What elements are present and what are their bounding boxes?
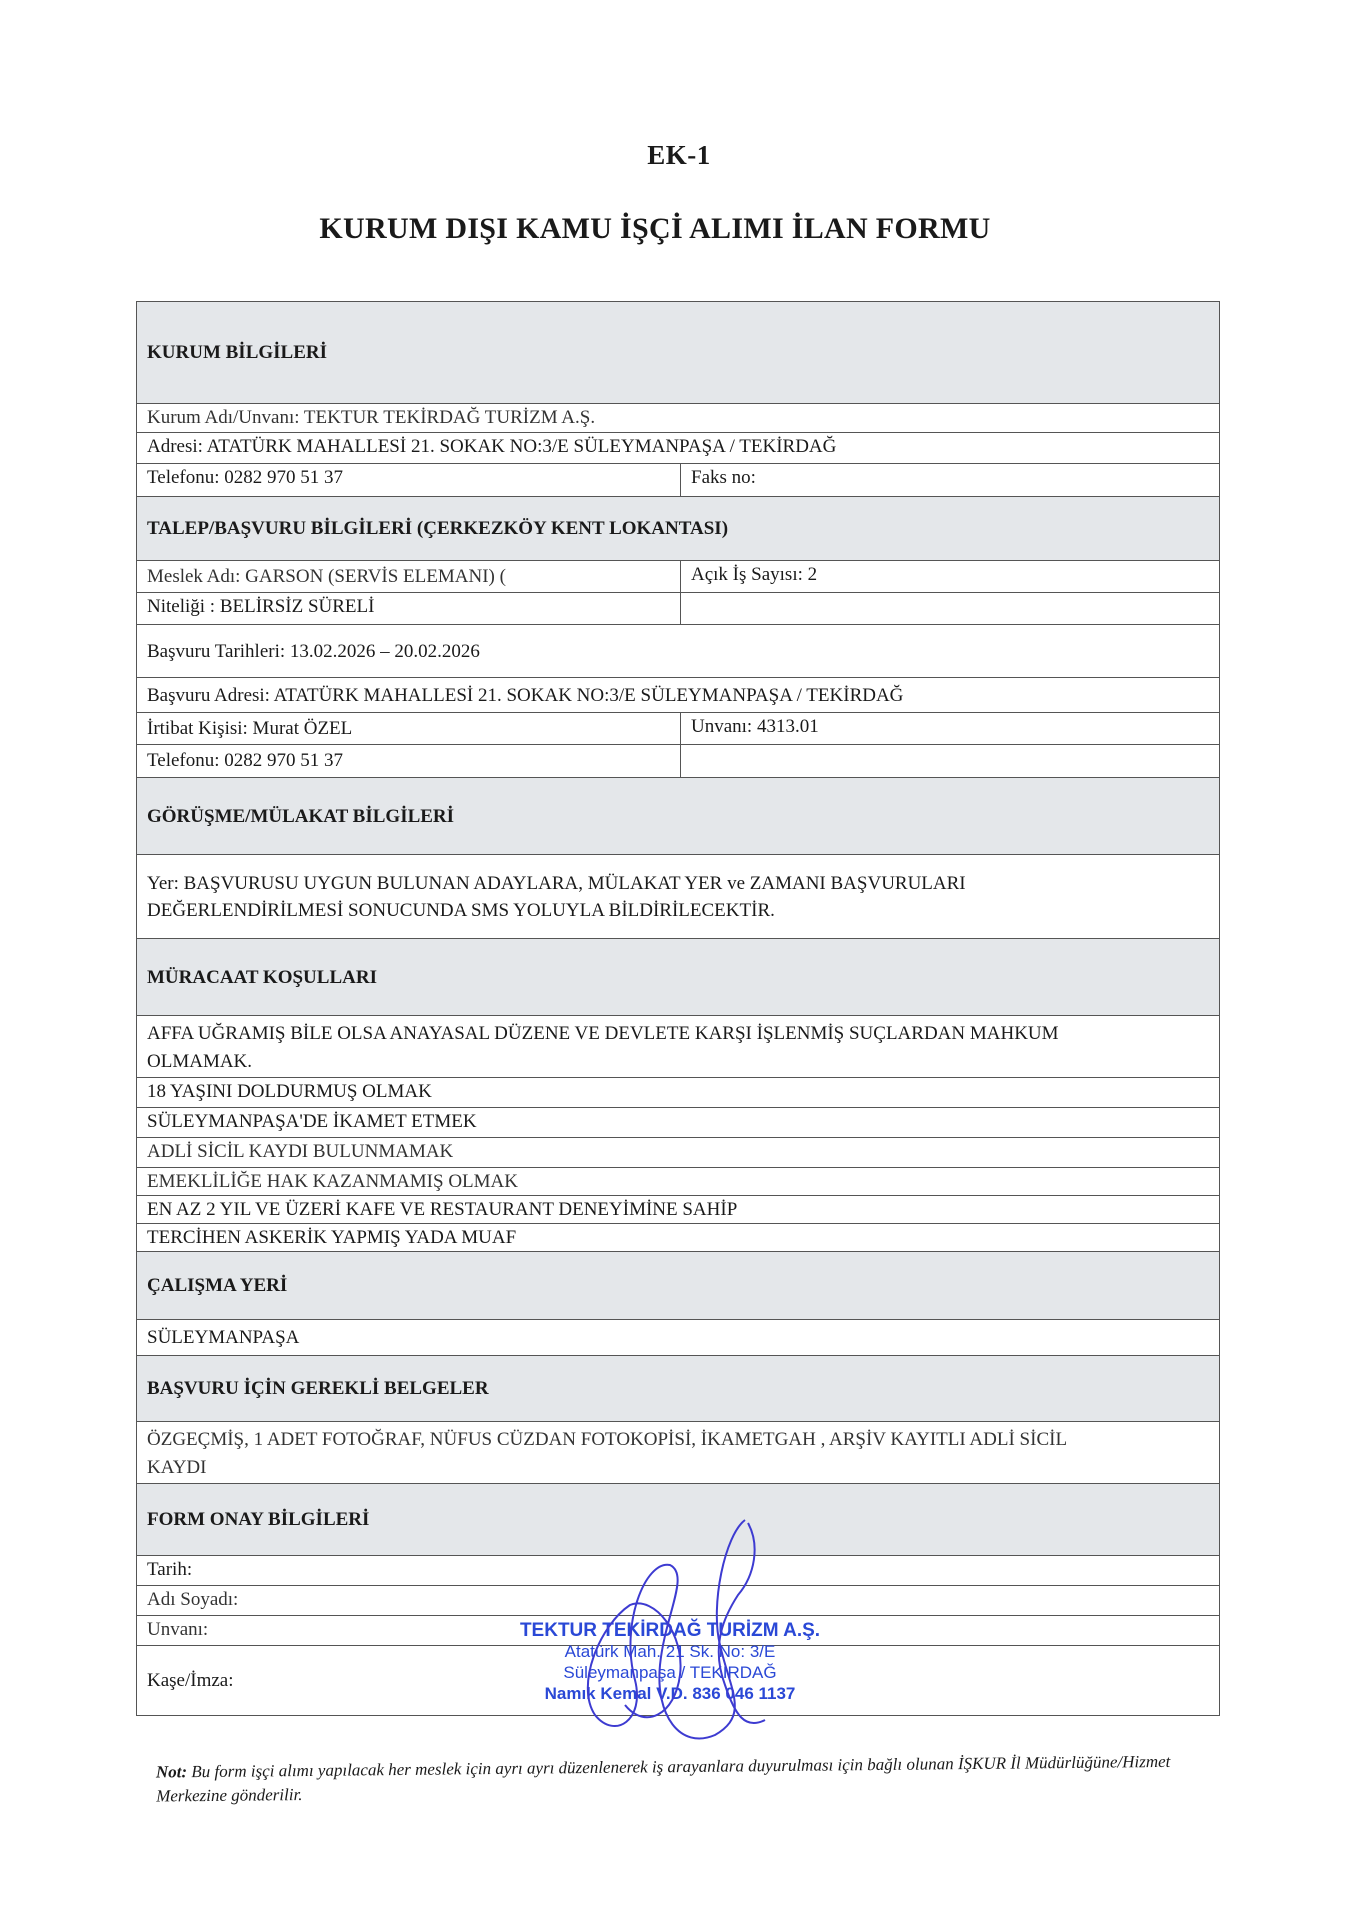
contact-phone-field: Telefonu: 0282 970 51 37 (137, 745, 681, 777)
field-row: İrtibat Kişisi: Murat ÖZEL Unvanı: 4313.… (137, 713, 1219, 745)
field-row: Adresi: ATATÜRK MAHALLESİ 21. SOKAK NO:3… (137, 433, 1219, 464)
condition-text: ADLİ SİCİL KAYDI BULUNMAMAK (137, 1138, 1219, 1167)
condition-text: TERCİHEN ASKERİK YAPMIŞ YADA MUAF (137, 1224, 1219, 1251)
annex-label: EK-1 (0, 140, 1358, 171)
section-title: BAŞVURU İÇİN GEREKLİ BELGELER (137, 1372, 1219, 1405)
document-title: KURUM DIŞI KAMU İŞÇİ ALIMI İLAN FORMU (0, 212, 1310, 246)
empty-cell (681, 745, 1219, 777)
interview-location-line2: DEĞERLENDİRİLMESİ SONUCUNDA SMS YOLUYLA … (147, 897, 1209, 924)
section-header-kurum: KURUM BİLGİLERİ (137, 302, 1219, 404)
job-posting-form: KURUM BİLGİLERİ Kurum Adı/Unvanı: TEKTUR… (136, 301, 1220, 1716)
field-row: Başvuru Tarihleri: 13.02.2026 – 20.02.20… (137, 625, 1219, 678)
occupation-field: Meslek Adı: GARSON (SERVİS ELEMANI) ( (137, 561, 681, 592)
section-header-muracaat: MÜRACAAT KOŞULLARI (137, 939, 1219, 1016)
condition-item: TERCİHEN ASKERİK YAPMIŞ YADA MUAF (137, 1224, 1219, 1252)
field-row: Başvuru Adresi: ATATÜRK MAHALLESİ 21. SO… (137, 678, 1219, 713)
institution-address-field: Adresi: ATATÜRK MAHALLESİ 21. SOKAK NO:3… (137, 433, 1219, 463)
field-row: ÖZGEÇMİŞ, 1 ADET FOTOĞRAF, NÜFUS CÜZDAN … (137, 1422, 1219, 1484)
contact-person-field: İrtibat Kişisi: Murat ÖZEL (137, 713, 681, 744)
application-address-field: Başvuru Adresi: ATATÜRK MAHALLESİ 21. SO… (137, 678, 1219, 712)
condition-text: EN AZ 2 YIL VE ÜZERİ KAFE VE RESTAURANT … (137, 1196, 1219, 1223)
note-text: Bu form işçi alımı yapılacak her meslek … (156, 1752, 1170, 1806)
section-header-gorusme: GÖRÜŞME/MÜLAKAT BİLGİLERİ (137, 778, 1219, 855)
note-label: Not: (156, 1762, 187, 1781)
required-documents-field: ÖZGEÇMİŞ, 1 ADET FOTOĞRAF, NÜFUS CÜZDAN … (137, 1422, 1219, 1483)
condition-item: 18 YAŞINI DOLDURMUŞ OLMAK (137, 1078, 1219, 1108)
field-row: Meslek Adı: GARSON (SERVİS ELEMANI) ( Aç… (137, 561, 1219, 593)
condition-item: EMEKLİLİĞE HAK KAZANMAMIŞ OLMAK (137, 1168, 1219, 1196)
footer-note: Not: Bu form işçi alımı yapılacak her me… (156, 1749, 1216, 1808)
interview-location-line1: Yer: BAŞVURUSU UYGUN BULUNAN ADAYLARA, M… (147, 870, 1209, 897)
condition-text: AFFA UĞRAMIŞ BİLE OLSA ANAYASAL DÜZENE V… (137, 1016, 1219, 1077)
work-location-field: SÜLEYMANPAŞA (137, 1320, 1219, 1355)
condition-text: EMEKLİLİĞE HAK KAZANMAMIŞ OLMAK (137, 1168, 1219, 1195)
condition-text: SÜLEYMANPAŞA'DE İKAMET ETMEK (137, 1108, 1219, 1137)
institution-fax-field: Faks no: (681, 464, 1219, 496)
open-positions-field: Açık İş Sayısı: 2 (681, 561, 1219, 592)
contact-title-field: Unvanı: 4313.01 (681, 713, 1219, 744)
field-row: Yer: BAŞVURUSU UYGUN BULUNAN ADAYLARA, M… (137, 855, 1219, 939)
section-header-belgeler: BAŞVURU İÇİN GEREKLİ BELGELER (137, 1356, 1219, 1422)
signature-icon (520, 1515, 820, 1750)
condition-item: AFFA UĞRAMIŞ BİLE OLSA ANAYASAL DÜZENE V… (137, 1016, 1219, 1078)
section-title: GÖRÜŞME/MÜLAKAT BİLGİLERİ (137, 800, 1219, 833)
section-title: KURUM BİLGİLERİ (137, 336, 1219, 369)
section-title: MÜRACAAT KOŞULLARI (137, 961, 1219, 994)
qualification-field: Niteliği : BELİRSİZ SÜRELİ (137, 593, 681, 624)
section-header-talep: TALEP/BAŞVURU BİLGİLERİ (ÇERKEZKÖY KENT … (137, 497, 1219, 561)
field-row: Niteliği : BELİRSİZ SÜRELİ (137, 593, 1219, 625)
field-row: Kurum Adı/Unvanı: TEKTUR TEKİRDAĞ TURİZM… (137, 404, 1219, 433)
section-title: TALEP/BAŞVURU BİLGİLERİ (ÇERKEZKÖY KENT … (137, 512, 1219, 545)
section-title: ÇALIŞMA YERİ (137, 1269, 1219, 1302)
condition-text: 18 YAŞINI DOLDURMUŞ OLMAK (137, 1078, 1219, 1107)
institution-phone-field: Telefonu: 0282 970 51 37 (137, 464, 681, 496)
field-row: Telefonu: 0282 970 51 37 (137, 745, 1219, 778)
institution-name-field: Kurum Adı/Unvanı: TEKTUR TEKİRDAĞ TURİZM… (137, 404, 1219, 432)
section-header-calisma-yeri: ÇALIŞMA YERİ (137, 1252, 1219, 1320)
field-row: Telefonu: 0282 970 51 37 Faks no: (137, 464, 1219, 497)
condition-item: EN AZ 2 YIL VE ÜZERİ KAFE VE RESTAURANT … (137, 1196, 1219, 1224)
interview-location-field: Yer: BAŞVURUSU UYGUN BULUNAN ADAYLARA, M… (137, 867, 1219, 927)
condition-item: SÜLEYMANPAŞA'DE İKAMET ETMEK (137, 1108, 1219, 1138)
field-row: SÜLEYMANPAŞA (137, 1320, 1219, 1356)
empty-cell (681, 593, 1219, 624)
condition-item: ADLİ SİCİL KAYDI BULUNMAMAK (137, 1138, 1219, 1168)
application-dates-field: Başvuru Tarihleri: 13.02.2026 – 20.02.20… (137, 635, 1219, 668)
